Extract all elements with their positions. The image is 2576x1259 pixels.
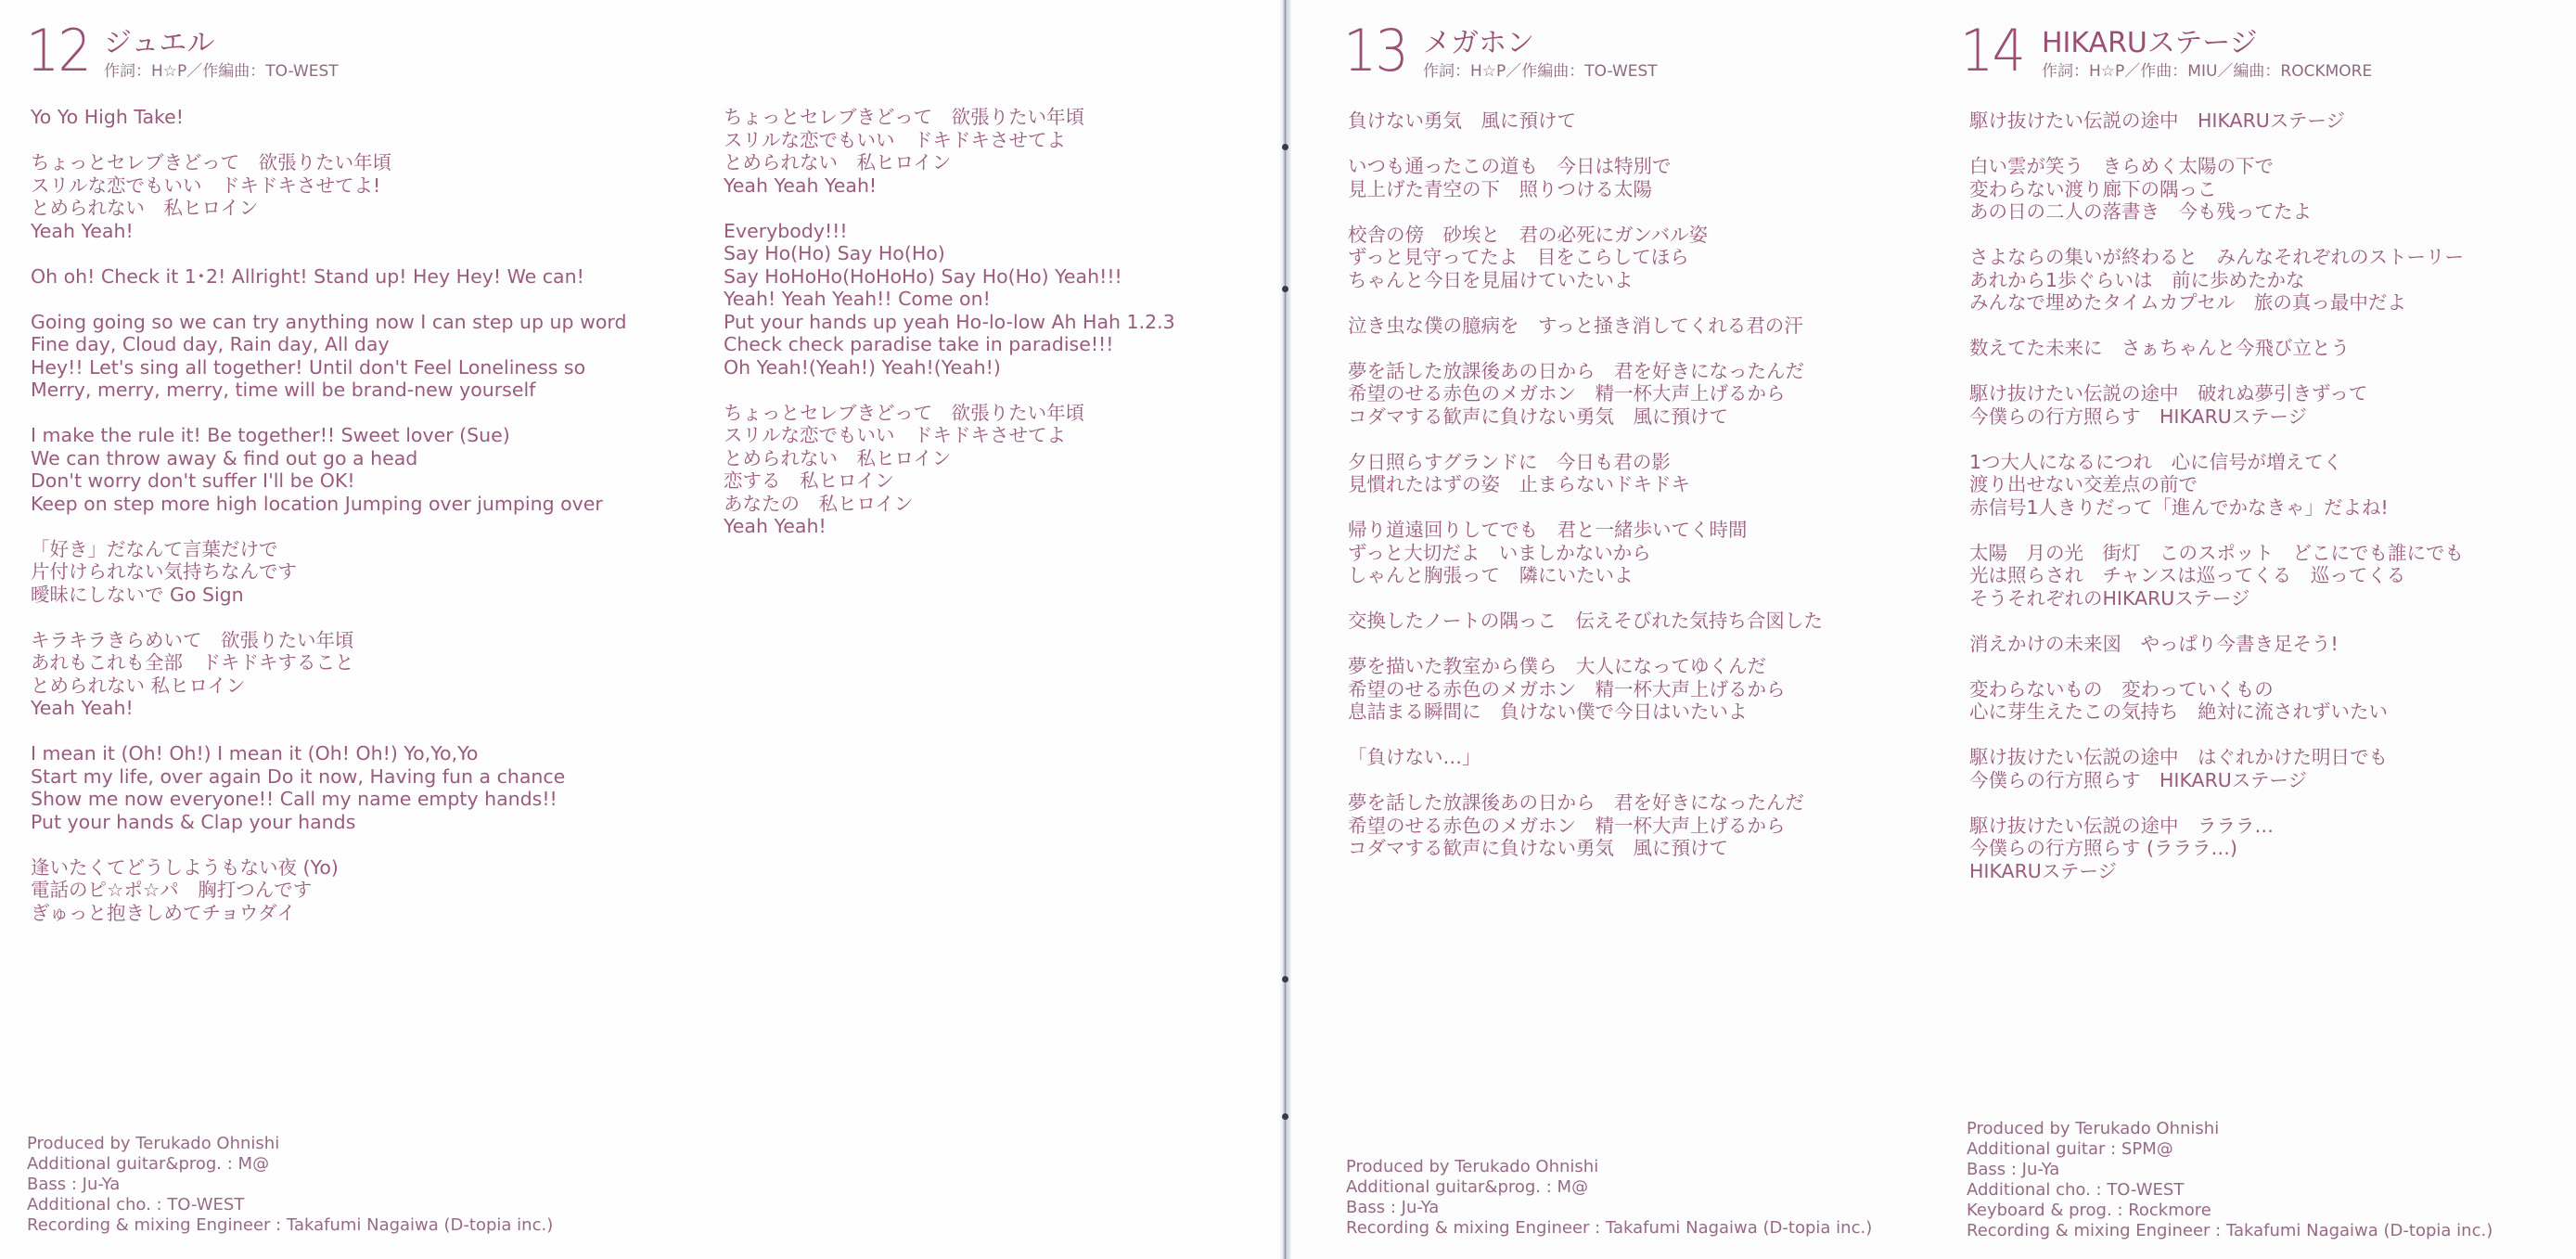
staff-credit-line: Keyboard & prog. : Rockmore — [1967, 1201, 2493, 1221]
lyric-line: とめられない 私ヒロイン — [31, 197, 626, 220]
lyric-stanza: 帰り道遠回りしてでも 君と一緒歩いてく時間ずっと大切だよ いましかないからしゃん… — [1348, 519, 1823, 587]
lyrics-column-12a: Yo Yo High Take!ちょっとセレブきどって 欲張りたい年頃スリルな恋… — [31, 106, 626, 947]
song-title: ジュエル — [104, 28, 214, 59]
lyric-stanza: 駆け抜けたい伝説の途中 HIKARUステージ — [1969, 109, 2464, 133]
lyric-line: しゃんと胸張って 隣にいたいよ — [1348, 564, 1823, 587]
lyric-stanza: 夢を描いた教室から僕ら 大人になってゆくんだ希望のせる赤色のメガホン 精一杯大声… — [1348, 655, 1823, 724]
lyric-line: Going going so we can try anything now I… — [31, 311, 626, 334]
lyric-line: Check check paradise take in paradise!!! — [724, 333, 1175, 356]
lyric-stanza: 夢を話した放課後あの日から 君を好きになったんだ希望のせる赤色のメガホン 精一杯… — [1348, 360, 1823, 429]
lyric-line: Don't worry don't suffer I'll be OK! — [31, 469, 626, 493]
lyric-line: 夕日照らすグランドに 今日も君の影 — [1348, 451, 1823, 474]
staff-credit-line: Recording & mixing Engineer : Takafumi N… — [1967, 1221, 2493, 1241]
lyric-line: 光は照らされ チャンスは巡ってくる 巡ってくる — [1969, 564, 2464, 587]
lyric-line: Keep on step more high location Jumping … — [31, 493, 626, 516]
staple-2 — [1282, 286, 1288, 292]
lyric-line: Show me now everyone!! Call my name empt… — [31, 788, 626, 811]
lyric-line: 見慣れたはずの姿 止まらないドキドキ — [1348, 473, 1823, 496]
lyric-stanza: ちょっとセレブきどって 欲張りたい年頃スリルな恋でもいい ドキドキさせてよとめら… — [724, 402, 1175, 538]
lyric-line: 太陽 月の光 街灯 このスポット どこにでも誰にでも — [1969, 542, 2464, 565]
lyric-line: Everybody!!! — [724, 220, 1175, 243]
lyric-stanza: 夕日照らすグランドに 今日も君の影見慣れたはずの姿 止まらないドキドキ — [1348, 451, 1823, 496]
lyric-line: そうそれぞれのHIKARUステージ — [1969, 587, 2464, 610]
lyric-line: 渡り出せない交差点の前で — [1969, 473, 2464, 496]
song-title: メガホン — [1423, 28, 1534, 59]
lyric-line: 見上げた青空の下 照りつける太陽 — [1348, 178, 1823, 201]
lyric-line: 夢を話した放課後あの日から 君を好きになったんだ — [1348, 791, 1823, 815]
lyric-stanza: ちょっとセレブきどって 欲張りたい年頃スリルな恋でもいい ドキドキさせてよ!とめ… — [31, 151, 626, 242]
lyric-line: 変わらない渡り廊下の隅っこ — [1969, 178, 2464, 201]
lyric-line: 希望のせる赤色のメガホン 精一杯大声上げるから — [1348, 815, 1823, 838]
lyric-line: 負けない勇気 風に預けて — [1348, 109, 1823, 133]
staff-credit-line: Additional guitar&prog. : M@ — [27, 1154, 553, 1175]
lyric-stanza: I make the rule it! Be together!! Sweet … — [31, 424, 626, 515]
lyric-stanza: 逢いたくてどうしようもない夜 (Yo)電話のピ☆ポ☆パ 胸打つんですぎゅっと抱き… — [31, 856, 626, 925]
staff-credit-line: Produced by Terukado Ohnishi — [1967, 1119, 2493, 1139]
staff-credit-line: Recording & mixing Engineer : Takafumi N… — [27, 1215, 553, 1236]
lyric-line: 息詰まる瞬間に 負けない僕で今日はいたいよ — [1348, 700, 1823, 724]
lyric-line: ちょっとセレブきどって 欲張りたい年頃 — [724, 402, 1175, 425]
lyric-line: みんなで埋めたタイムカプセル 旅の真っ最中だよ — [1969, 291, 2464, 315]
staff-credits-12: Produced by Terukado OhnishiAdditional g… — [27, 1134, 553, 1236]
lyric-stanza: Yo Yo High Take! — [31, 106, 626, 129]
staff-credit-line: Additional cho. : TO-WEST — [1967, 1180, 2493, 1201]
song-12: 12 ジュエル 作詞：H☆P／作編曲：TO-WEST — [26, 26, 1232, 84]
lyric-line: 夢を描いた教室から僕ら 大人になってゆくんだ — [1348, 655, 1823, 678]
lyric-line: あれから1歩ぐらいは 前に歩めたかな — [1969, 269, 2464, 292]
lyric-line: 変わらないもの 変わっていくもの — [1969, 678, 2464, 701]
staple-3 — [1282, 976, 1288, 983]
lyric-line: あの日の二人の落書き 今も残ってたよ — [1969, 200, 2464, 224]
staff-credits-13: Produced by Terukado OhnishiAdditional g… — [1346, 1157, 1872, 1239]
lyric-line: コダマする歓声に負けない勇気 風に預けて — [1348, 837, 1823, 860]
lyric-line: Yeah Yeah Yeah! — [724, 174, 1175, 198]
lyric-line: キラキラきらめいて 欲張りたい年頃 — [31, 629, 626, 652]
lyric-line: 泣き虫な僕の臆病を すっと掻き消してくれる君の汗 — [1348, 315, 1823, 338]
lyric-line: 今僕らの行方照らす HIKARUステージ — [1969, 769, 2464, 792]
song-14: 14 HIKARUステージ 作詞：H☆P／作曲：MIU／編曲：ROCKMORE — [1960, 26, 2563, 84]
lyric-line: We can throw away & find out go a head — [31, 447, 626, 470]
lyric-line: 交換したノートの隅っこ 伝えそびれた気持ち合図した — [1348, 610, 1823, 633]
staff-credit-line: Additional guitar : SPM@ — [1967, 1139, 2493, 1160]
staff-credit-line: Recording & mixing Engineer : Takafumi N… — [1346, 1218, 1872, 1239]
song-header: 13 メガホン 作詞：H☆P／作編曲：TO-WEST — [1343, 26, 1946, 84]
lyric-line: ちゃんと今日を見届けていたいよ — [1348, 269, 1823, 292]
lyric-line: 駆け抜けたい伝説の途中 破れぬ夢引きずって — [1969, 382, 2464, 405]
track-number: 12 — [26, 22, 90, 80]
lyric-line: コダマする歓声に負けない勇気 風に預けて — [1348, 405, 1823, 429]
lyric-line: Merry, merry, merry, time will be brand-… — [31, 379, 626, 402]
lyric-line: ずっと大切だよ いましかないから — [1348, 542, 1823, 565]
song-title: HIKARUステージ — [2042, 28, 2258, 59]
lyric-stanza: 1つ大人になるにつれ 心に信号が増えてく渡り出せない交差点の前で赤信号1人きりだ… — [1969, 451, 2464, 520]
lyric-stanza: Going going so we can try anything now I… — [31, 311, 626, 402]
lyric-stanza: いつも通ったこの道も 今日は特別で見上げた青空の下 照りつける太陽 — [1348, 155, 1823, 200]
lyric-line: 帰り道遠回りしてでも 君と一緒歩いてく時間 — [1348, 519, 1823, 542]
lyric-line: HIKARUステージ — [1969, 860, 2464, 883]
lyric-line: 逢いたくてどうしようもない夜 (Yo) — [31, 856, 626, 880]
lyric-line: 数えてた未来に さぁちゃんと今飛び立とう — [1969, 337, 2464, 360]
staff-credits-14: Produced by Terukado OhnishiAdditional g… — [1967, 1119, 2493, 1241]
lyric-line: Put your hands up yeah Ho-lo-low Ah Hah … — [724, 311, 1175, 334]
lyric-line: 校舎の傍 砂埃と 君の必死にガンバル姿 — [1348, 224, 1823, 247]
lyric-line: Yeah Yeah! — [724, 515, 1175, 538]
lyric-line: とめられない 私ヒロイン — [724, 447, 1175, 470]
lyric-line: ちょっとセレブきどって 欲張りたい年頃 — [31, 151, 626, 174]
lyric-line: 赤信号1人きりだって「進んでかなきゃ」だよね! — [1969, 496, 2464, 520]
lyric-stanza: キラキラきらめいて 欲張りたい年頃あれもこれも全部 ドキドキすることとめられない… — [31, 629, 626, 720]
lyric-line: 希望のせる赤色のメガホン 精一杯大声上げるから — [1348, 678, 1823, 701]
lyric-line: 心に芽生えたこの気持ち 絶対に流されずいたい — [1969, 700, 2464, 724]
lyric-line: Oh Yeah!(Yeah!) Yeah!(Yeah!) — [724, 356, 1175, 379]
song-credits: 作詞：H☆P／作曲：MIU／編曲：ROCKMORE — [2042, 62, 2372, 81]
lyric-line: 希望のせる赤色のメガホン 精一杯大声上げるから — [1348, 382, 1823, 405]
lyric-stanza: 駆け抜けたい伝説の途中 破れぬ夢引きずって今僕らの行方照らす HIKARUステー… — [1969, 382, 2464, 428]
lyric-line: I mean it (Oh! Oh!) I mean it (Oh! Oh!) … — [31, 742, 626, 765]
lyric-line: 駆け抜けたい伝説の途中 はぐれかけた明日でも — [1969, 746, 2464, 769]
lyric-line: ちょっとセレブきどって 欲張りたい年頃 — [724, 106, 1175, 129]
lyric-line: 片付けられない気持ちなんです — [31, 560, 626, 584]
lyric-line: 駆け抜けたい伝説の途中 HIKARUステージ — [1969, 109, 2464, 133]
lyric-line: 消えかけの未来図 やっぱり今書き足そう! — [1969, 633, 2464, 656]
lyric-line: Yo Yo High Take! — [31, 106, 626, 129]
lyric-line: とめられない 私ヒロイン — [724, 151, 1175, 174]
lyric-line: 夢を話した放課後あの日から 君を好きになったんだ — [1348, 360, 1823, 383]
staple-top — [1282, 144, 1288, 150]
lyric-line: Fine day, Cloud day, Rain day, All day — [31, 333, 626, 356]
lyric-line: Say Ho(Ho) Say Ho(Ho) — [724, 242, 1175, 265]
staple-bottom — [1282, 1113, 1288, 1120]
lyric-line: 「負けない…」 — [1348, 746, 1823, 769]
lyric-line: 電話のピ☆ポ☆パ 胸打つんです — [31, 879, 626, 902]
lyric-line: 今僕らの行方照らす (ラララ…) — [1969, 837, 2464, 860]
lyric-stanza: Everybody!!!Say Ho(Ho) Say Ho(Ho)Say HoH… — [724, 220, 1175, 379]
song-13: 13 メガホン 作詞：H☆P／作編曲：TO-WEST — [1343, 26, 1946, 84]
lyric-stanza: 「負けない…」 — [1348, 746, 1823, 769]
lyric-line: いつも通ったこの道も 今日は特別で — [1348, 155, 1823, 178]
lyric-line: Yeah Yeah! — [31, 220, 626, 243]
lyric-line: あれもこれも全部 ドキドキすること — [31, 651, 626, 674]
song-credits: 作詞：H☆P／作編曲：TO-WEST — [104, 62, 339, 81]
staff-credit-line: Bass : Ju-Ya — [1967, 1160, 2493, 1180]
lyric-stanza: I mean it (Oh! Oh!) I mean it (Oh! Oh!) … — [31, 742, 626, 833]
lyric-line: 駆け抜けたい伝説の途中 ラララ… — [1969, 815, 2464, 838]
track-number: 13 — [1343, 22, 1407, 80]
song-header: 12 ジュエル 作詞：H☆P／作編曲：TO-WEST — [26, 26, 1232, 84]
lyric-line: 恋する 私ヒロイン — [724, 469, 1175, 493]
lyric-stanza: 駆け抜けたい伝説の途中 ラララ…今僕らの行方照らす (ラララ…)HIKARUステ… — [1969, 815, 2464, 883]
lyric-stanza: 駆け抜けたい伝説の途中 はぐれかけた明日でも今僕らの行方照らす HIKARUステ… — [1969, 746, 2464, 791]
lyrics-column-13: 負けない勇気 風に預けていつも通ったこの道も 今日は特別で見上げた青空の下 照り… — [1348, 109, 1823, 882]
lyric-line: スリルな恋でもいい ドキドキさせてよ — [724, 129, 1175, 152]
lyric-line: Hey!! Let's sing all together! Until don… — [31, 356, 626, 379]
lyric-stanza: 校舎の傍 砂埃と 君の必死にガンバル姿ずっと見守ってたよ 目をこらしてほらちゃん… — [1348, 224, 1823, 292]
song-credits: 作詞：H☆P／作編曲：TO-WEST — [1423, 62, 1658, 81]
track-number: 14 — [1960, 22, 2024, 80]
lyric-stanza: 泣き虫な僕の臆病を すっと掻き消してくれる君の汗 — [1348, 315, 1823, 338]
lyric-line: Put your hands & Clap your hands — [31, 811, 626, 834]
lyrics-column-14: 駆け抜けたい伝説の途中 HIKARUステージ白い雲が笑う きらめく太陽の下で変わ… — [1969, 109, 2464, 906]
lyric-stanza: Oh oh! Check it 1･2! Allright! Stand up!… — [31, 265, 626, 289]
lyric-stanza: 数えてた未来に さぁちゃんと今飛び立とう — [1969, 337, 2464, 360]
staff-credit-line: Bass : Ju-Ya — [1346, 1198, 1872, 1218]
lyric-stanza: 消えかけの未来図 やっぱり今書き足そう! — [1969, 633, 2464, 656]
staff-credit-line: Additional cho. : TO-WEST — [27, 1195, 553, 1215]
lyric-line: 「好き」だなんて言葉だけで — [31, 538, 626, 561]
lyric-stanza: 「好き」だなんて言葉だけで片付けられない気持ちなんです曖昧にしないで Go Si… — [31, 538, 626, 607]
booklet-fold — [1278, 0, 1291, 1259]
lyric-line: スリルな恋でもいい ドキドキさせてよ! — [31, 174, 626, 198]
lyric-stanza: 負けない勇気 風に預けて — [1348, 109, 1823, 133]
lyric-line: Say HoHoHo(HoHoHo) Say Ho(Ho) Yeah!!! — [724, 265, 1175, 289]
lyric-stanza: さよならの集いが終わると みんなそれぞれのストーリーあれから1歩ぐらいは 前に歩… — [1969, 246, 2464, 315]
lyric-line: Yeah! Yeah Yeah!! Come on! — [724, 288, 1175, 311]
lyric-line: Yeah Yeah! — [31, 697, 626, 720]
lyric-line: 今僕らの行方照らす HIKARUステージ — [1969, 405, 2464, 429]
staff-credit-line: Additional guitar&prog. : M@ — [1346, 1177, 1872, 1198]
lyric-line: さよならの集いが終わると みんなそれぞれのストーリー — [1969, 246, 2464, 269]
lyric-stanza: ちょっとセレブきどって 欲張りたい年頃スリルな恋でもいい ドキドキさせてよとめら… — [724, 106, 1175, 197]
staff-credit-line: Bass : Ju-Ya — [27, 1175, 553, 1195]
lyric-stanza: 白い雲が笑う きらめく太陽の下で変わらない渡り廊下の隅っこあの日の二人の落書き … — [1969, 155, 2464, 224]
lyric-line: スリルな恋でもいい ドキドキさせてよ — [724, 424, 1175, 447]
staff-credit-line: Produced by Terukado Ohnishi — [1346, 1157, 1872, 1177]
song-header: 14 HIKARUステージ 作詞：H☆P／作曲：MIU／編曲：ROCKMORE — [1960, 26, 2563, 84]
lyric-line: ぎゅっと抱きしめてチョウダイ — [31, 902, 626, 925]
lyric-stanza: 交換したノートの隅っこ 伝えそびれた気持ち合図した — [1348, 610, 1823, 633]
lyrics-column-12b: ちょっとセレブきどって 欲張りたい年頃スリルな恋でもいい ドキドキさせてよとめら… — [724, 106, 1175, 560]
lyric-line: 1つ大人になるにつれ 心に信号が増えてく — [1969, 451, 2464, 474]
lyric-line: 白い雲が笑う きらめく太陽の下で — [1969, 155, 2464, 178]
lyric-stanza: 変わらないもの 変わっていくもの心に芽生えたこの気持ち 絶対に流されずいたい — [1969, 678, 2464, 724]
lyric-stanza: 夢を話した放課後あの日から 君を好きになったんだ希望のせる赤色のメガホン 精一杯… — [1348, 791, 1823, 860]
lyric-line: あなたの 私ヒロイン — [724, 493, 1175, 516]
lyric-line: とめられない 私ヒロイン — [31, 674, 626, 698]
lyric-line: I make the rule it! Be together!! Sweet … — [31, 424, 626, 447]
lyric-line: Oh oh! Check it 1･2! Allright! Stand up!… — [31, 265, 626, 289]
lyric-stanza: 太陽 月の光 街灯 このスポット どこにでも誰にでも光は照らされ チャンスは巡っ… — [1969, 542, 2464, 610]
lyric-line: ずっと見守ってたよ 目をこらしてほら — [1348, 246, 1823, 269]
staff-credit-line: Produced by Terukado Ohnishi — [27, 1134, 553, 1154]
lyric-line: Start my life, over again Do it now, Hav… — [31, 765, 626, 789]
lyric-line: 曖昧にしないで Go Sign — [31, 584, 626, 607]
